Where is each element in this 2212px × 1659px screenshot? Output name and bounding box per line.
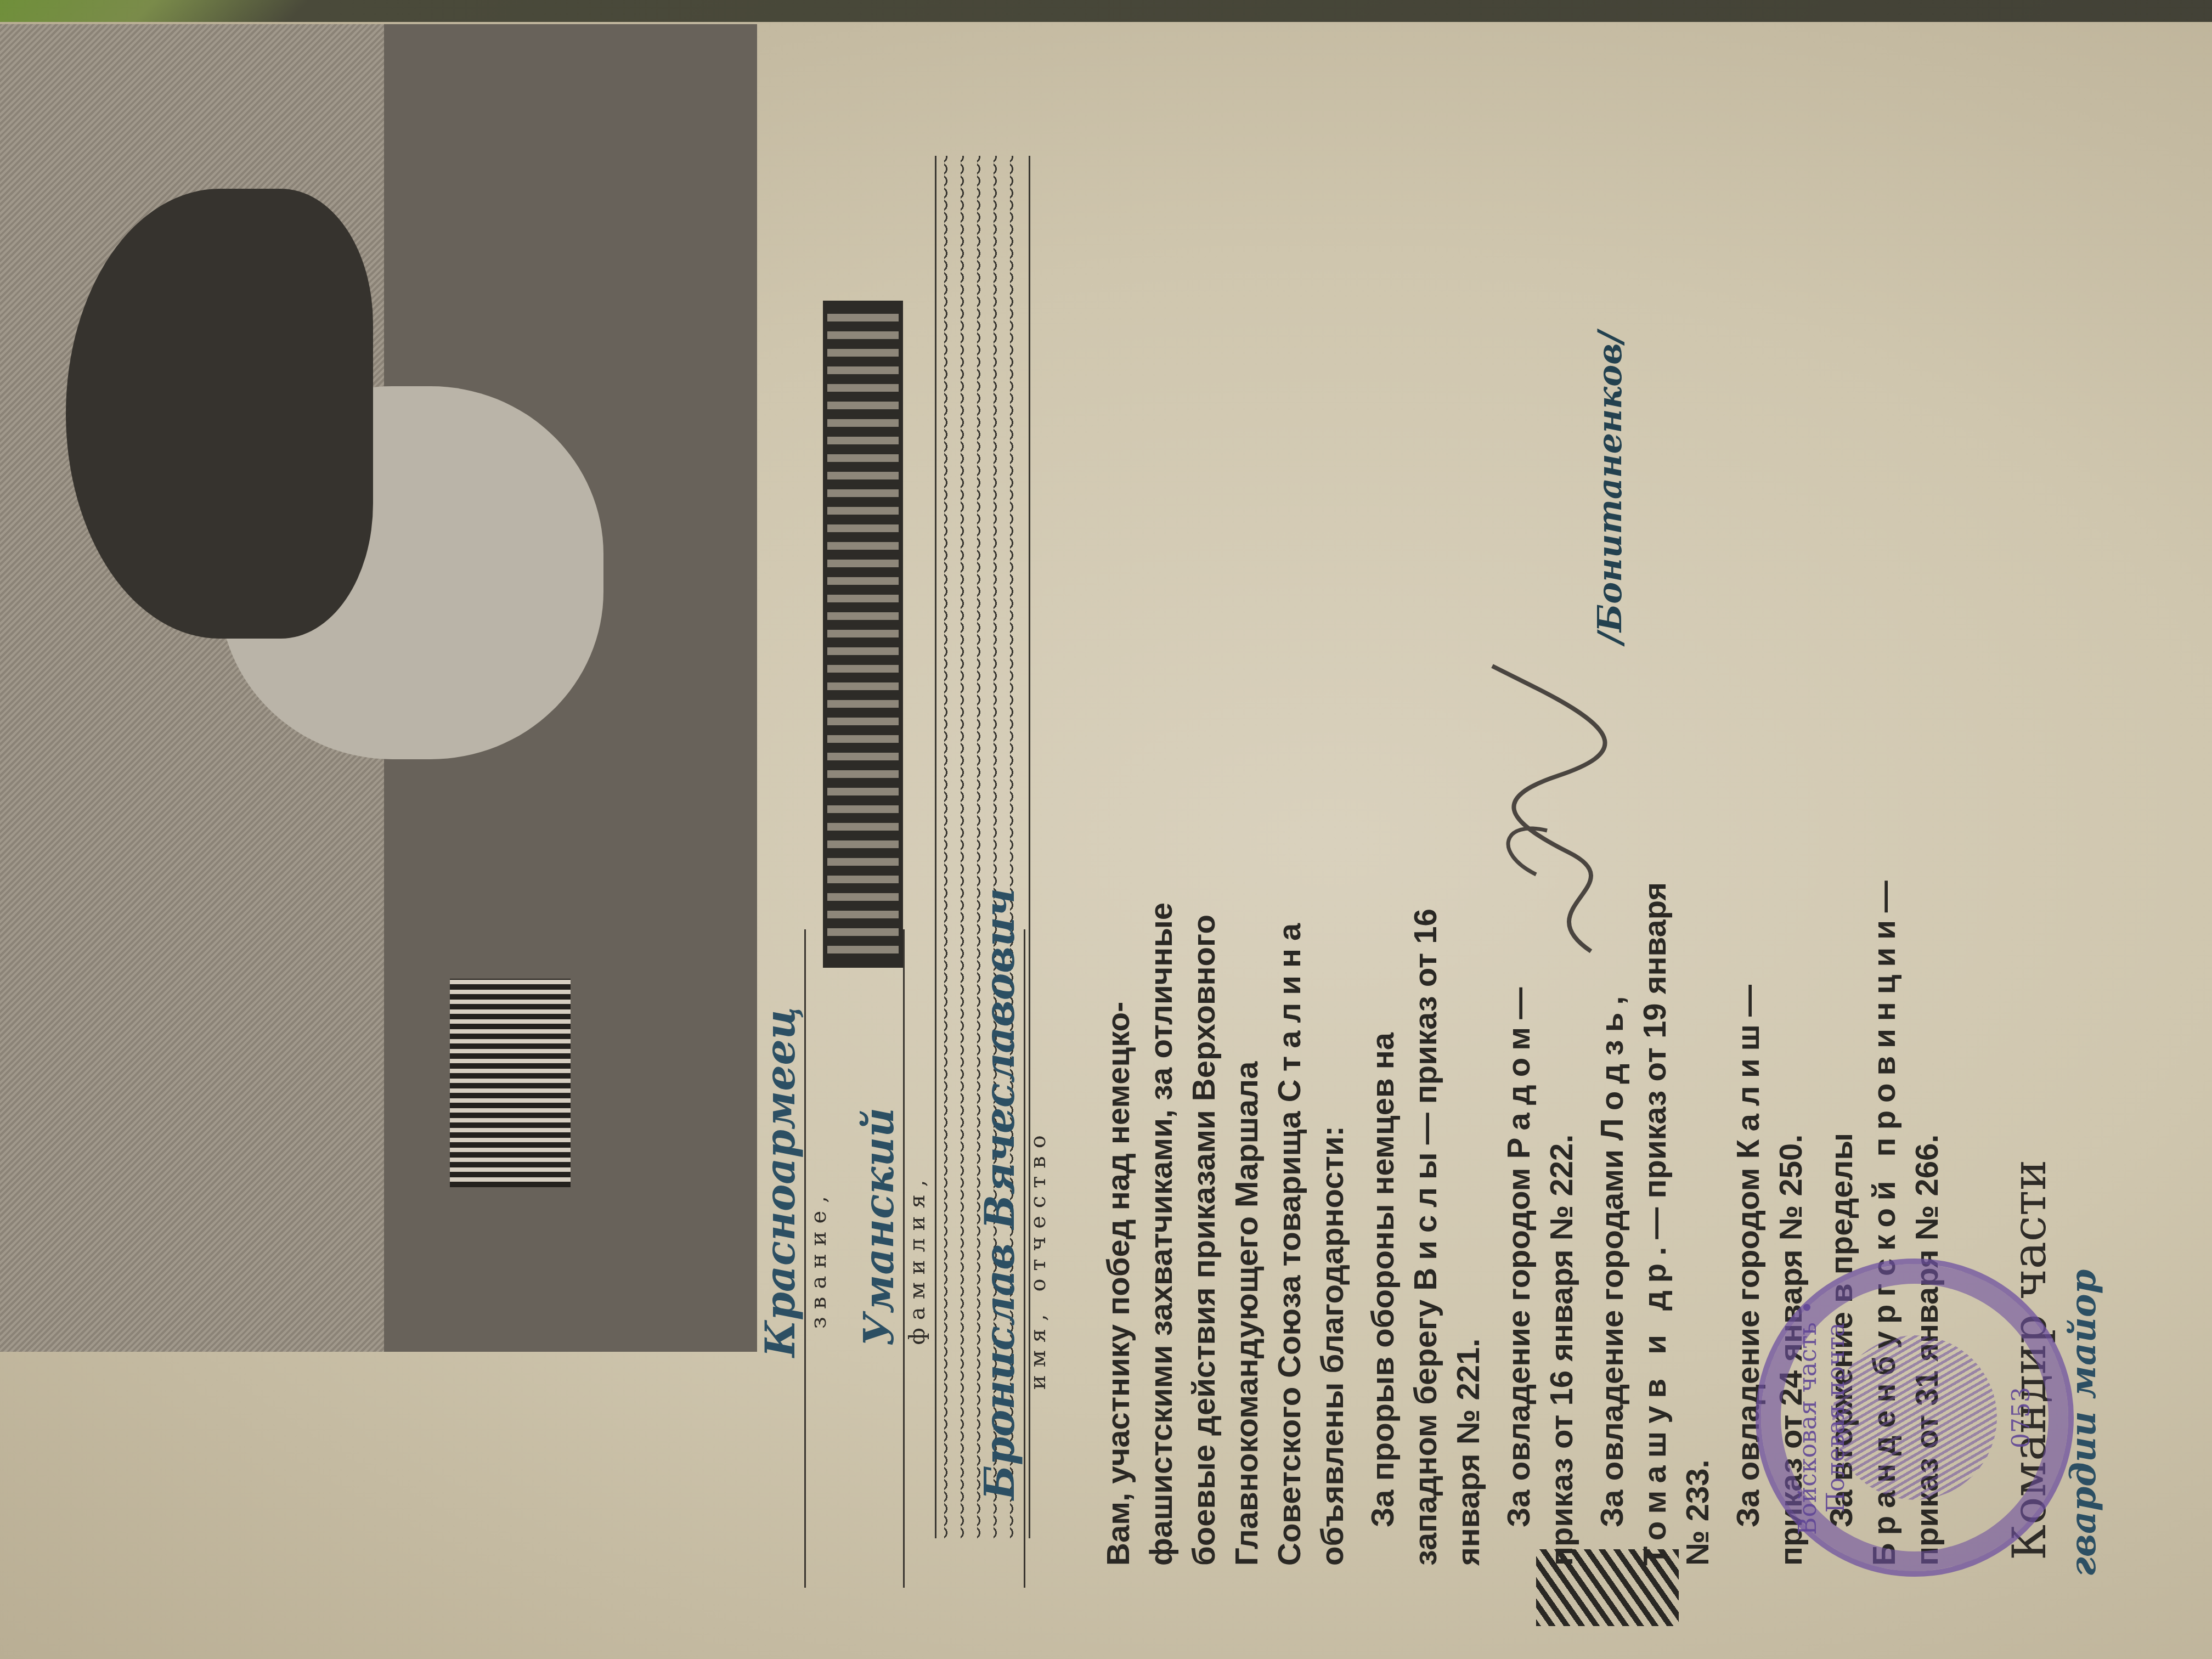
signer-name: /Бонитаненков/	[1591, 331, 1629, 644]
intro-name: Сталина	[1272, 916, 1307, 1102]
rank-label: звание,	[806, 929, 831, 1588]
portrait-cap	[66, 189, 373, 639]
field-name-patronymic: Бронислав Вячеславович имя, отчество	[977, 929, 1051, 1588]
surname-label: фамилия,	[905, 929, 930, 1588]
commendation-certificate: Красноармеец звание, Уманский фамилия, Б…	[0, 22, 2212, 1659]
citation: За овладение городом Радом— приказ от 16…	[1498, 880, 1583, 1566]
official-stamp: Войсковая часть • Полевая почта 0753	[1756, 1259, 2074, 1577]
citation: За овладение городами Лодзь, Томашув и д…	[1591, 880, 1719, 1566]
rank-value: Красноармеец	[757, 929, 804, 1357]
field-surname: Уманский фамилия,	[856, 929, 930, 1588]
stamp-number: 0753	[2007, 1264, 2035, 1571]
paper-document: Красноармеец звание, Уманский фамилия, Б…	[0, 22, 2212, 1659]
signature-icon	[1426, 644, 1657, 973]
field-rank: Красноармеец звание,	[757, 929, 831, 1588]
tank-ornament-icon	[1536, 1549, 1679, 1626]
name-patronymic-value: Бронислав Вячеславович	[977, 929, 1024, 1500]
coat-of-arms-icon	[1832, 1335, 1997, 1500]
intro-end: объявлены благодарности:	[1314, 1126, 1350, 1566]
laurel-ornament-icon	[823, 301, 903, 968]
surname-value: Уманский	[856, 929, 903, 1346]
medals-icon	[450, 979, 571, 1187]
name-patronymic-label: имя, отчество	[1025, 929, 1051, 1588]
citation: За прорыв обороны немцев на западном бер…	[1362, 880, 1490, 1566]
portrait-illustration	[0, 24, 757, 1352]
